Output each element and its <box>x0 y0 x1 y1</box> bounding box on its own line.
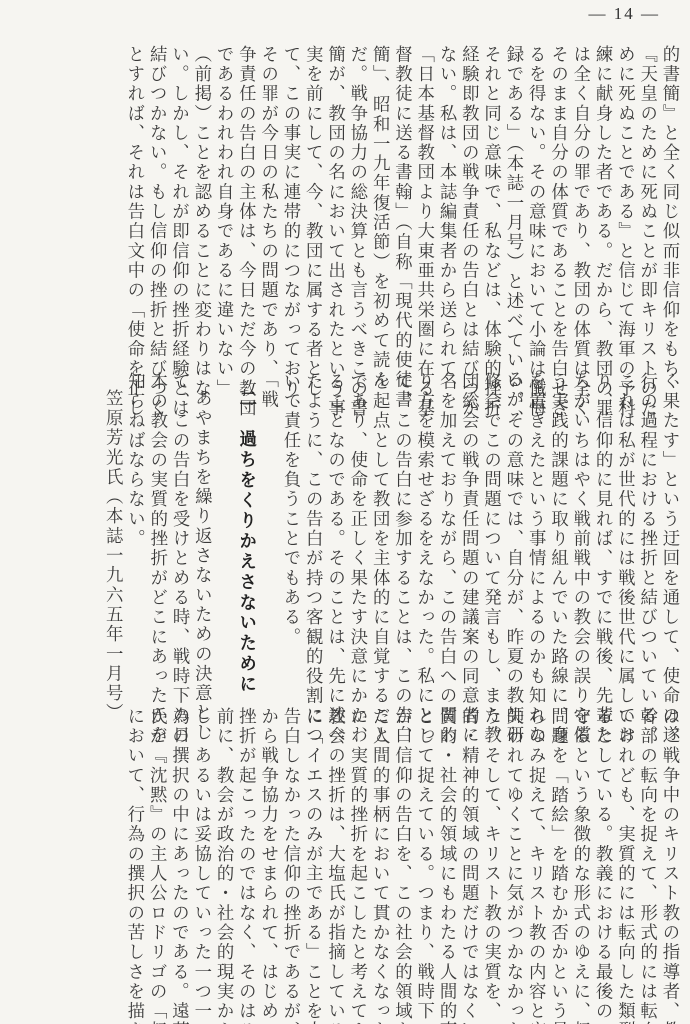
text-column: 実を前にして、今、教団に属する者とし <box>301 45 323 345</box>
text-column: として捉えている。つまり、戦時下の教会 <box>412 707 434 1007</box>
text-column: 「日本基督教団より大東亜共栄圏に在る基 <box>412 45 434 345</box>
text-column: に「イエスのみが主である」ことを大胆に <box>301 707 323 1007</box>
text-column: い。その意味では、自分が、昨夏の教師研 <box>502 372 524 672</box>
text-column: いて責任を負うことでもある。 <box>279 372 301 672</box>
text-tier-middle: く果たす」という迂回を通して、使命の遂 行の過程における挫折と結びついている。 … <box>101 372 680 672</box>
text-column: て、この告白に参加することは、この告白 <box>390 372 412 672</box>
text-column: いけれども、実質的には転向した類型であ <box>613 707 635 1007</box>
text-column: 修会でこの問題について発言もし、また教 <box>479 372 501 672</box>
text-column: 督教徒に送る書翰」（自称「現代的使徒書 <box>390 45 412 345</box>
text-column: 簡」、昭和一九年復活節）を初めて読ん <box>368 45 390 345</box>
text-column: だ。戦争協力の総決算とも言うべきこの書 <box>346 45 368 345</box>
text-column: そのまま自分の体質であることを告白せざ <box>546 45 568 345</box>
text-column: ちがいちはやく戦前戦中の教会の誤りを償 <box>569 372 591 672</box>
text-column: ない。私は、本誌編集者から送られて、 <box>435 45 457 345</box>
text-column: を置きえたという事情によるのかも知れな <box>524 372 546 672</box>
text-column: 氏が『沈黙』の主人公ロドリゴの「転び」 <box>145 707 167 1007</box>
text-column: 守るという象徴的な形式のゆえに、転向の <box>569 707 591 1007</box>
text-column: く果たす」という迂回を通して、使命の遂 <box>658 372 680 672</box>
text-column: それと同じ意味で、私などは、体験的挫折 <box>479 45 501 345</box>
text-column: が、信仰の告白を、この社会的領域を含ん <box>390 707 412 1007</box>
text-column: 問題を「踏絵」を踏むか否かという見地か <box>546 707 568 1007</box>
text-column: めに死ぬことである』と信じて海軍の予科 <box>613 45 635 345</box>
text-column: 団総会の戦争責任問題の建議案の同意者に <box>457 372 479 672</box>
text-column: ることなのである。そのことは、先に述べ <box>323 372 345 672</box>
text-column: 的・精神的領域の問題だけではなく……物 <box>457 707 479 1007</box>
text-column: 幹部の転向を捉えて、形式的には転向しな <box>635 707 657 1007</box>
text-column: るとしている。教義における最後の一線を <box>591 707 613 1007</box>
text-column: り方を模索せざるをえなかった。私にとっ <box>412 372 434 672</box>
text-column: であるわれわれ自身であるに違いない」 <box>212 45 234 345</box>
text-column: う実践的課題に取り組んでいた路線に、身 <box>546 372 568 672</box>
text-column: たように、この告白が持つ客観的役割につ <box>301 372 323 672</box>
column-spacer <box>257 372 279 672</box>
text-column: 知らねばならない。 <box>123 372 145 672</box>
text-tier-lower: は、戦争中のキリスト教の指導者、教団の 幹部の転向を捉えて、形式的には転向しな … <box>123 707 680 1007</box>
text-column: 質的・社会的領域にもわたる人間的事柄」 <box>435 707 457 1007</box>
text-column: て、この事実に連帯的につながっており、 <box>279 45 301 345</box>
text-column: 為の撰択の中にあったのである。遠藤周作 <box>167 707 189 1007</box>
text-column: 『天皇のために死ぬことが即キリストのた <box>635 45 657 345</box>
text-column: を起点として教団を主体的に自覚すること <box>368 372 390 672</box>
text-column: は全く自分の罪であり、教団の体質は全く <box>569 45 591 345</box>
page-number: — 14 — <box>589 4 661 24</box>
section-heading: 二 過ちをくりかえさないために <box>234 372 256 672</box>
text-column: う。そして、キリスト教の実質を、「宗教 <box>479 707 501 1007</box>
text-column: し、あるいは妥協していった一つ一つの行 <box>189 707 211 1007</box>
text-column: とすれば、それは告白文中の「使命を正し <box>123 45 145 345</box>
text-column: 経験即教団の戦争責任の告白とは結びつか <box>457 45 479 345</box>
text-column: 行の過程における挫折と結びついている。 <box>635 372 657 672</box>
text-column: これは私が世代的には戦後世代に属してお <box>613 372 635 672</box>
text-column: 本の教会の実質的挫折がどこにあったかを <box>145 372 167 672</box>
attribution: 笠原芳光氏（本誌一九六五年一月号） <box>101 372 123 672</box>
text-column: 前に、教会が政治的・社会的現実から逃避 <box>212 707 234 1007</box>
text-column: その罪が今日の私たちの問題であり、「戦 <box>256 45 278 345</box>
text-column: 挫折が起こったのではなく、そのはるか以 <box>234 707 256 1007</box>
text-column: らのみ捉えて、キリスト教の内容と実質が <box>524 707 546 1007</box>
text-column: において、行為の撰択の苦しさを描きたか <box>123 707 145 1007</box>
text-column: から戦争協力をせまられて、はじめてこの <box>256 707 278 1007</box>
text-column: 結びつかない。もし信仰の挫折と結びつく <box>145 45 167 345</box>
text-column: 争責任の告白の主体は、今日ただ今の教団 <box>234 45 256 345</box>
text-column: であり、使命を正しく果たす決意にかかわ <box>346 372 368 672</box>
text-column: だ人間的事柄において貫かなくなった時 <box>368 707 390 1007</box>
text-column: 録である」（本誌一月号）と述べているが、 <box>502 45 524 345</box>
text-column: あやまちを繰り返さないための決意とし <box>190 372 212 672</box>
text-column: は、戦争中のキリスト教の指導者、教団の <box>658 707 680 1007</box>
text-column: 簡が、教団の名において出されたという事 <box>323 45 345 345</box>
text-column: い。しかし、それが即信仰の挫折経験とは <box>167 45 189 345</box>
text-column: 名を加えておりながら、この告白への関わ <box>435 372 457 672</box>
text-column: 教会の挫折は、大塩氏が指摘しているよう <box>323 707 345 1007</box>
text-column: （前掲）ことを認めることに変わりはな <box>189 45 211 345</box>
text-tier-upper: 的書簡』と全く同じ似而非信仰をもち、 『天皇のために死ぬことが即キリストのた め… <box>123 45 680 345</box>
text-column: 的書簡』と全く同じ似而非信仰をもち、 <box>658 45 680 345</box>
text-column: て、この告白を受けとめる時、戦時下の日 <box>168 372 190 672</box>
text-column: るを得ない。その意味において小論は懺悔 <box>524 45 546 345</box>
text-column: り、信仰的に見れば、すでに戦後、先輩た <box>591 372 613 672</box>
column-spacer <box>212 372 234 672</box>
text-column: 失われてゆくことに気がつかなかったとい <box>502 707 524 1007</box>
text-column: 告白しなかった信仰の挫折であるが、政府 <box>279 707 301 1007</box>
text-column: 練に献身した者である。だから、教団の罪 <box>591 45 613 345</box>
text-column: に、実質的挫折を起こしたと考えてよい。 <box>346 707 368 1007</box>
